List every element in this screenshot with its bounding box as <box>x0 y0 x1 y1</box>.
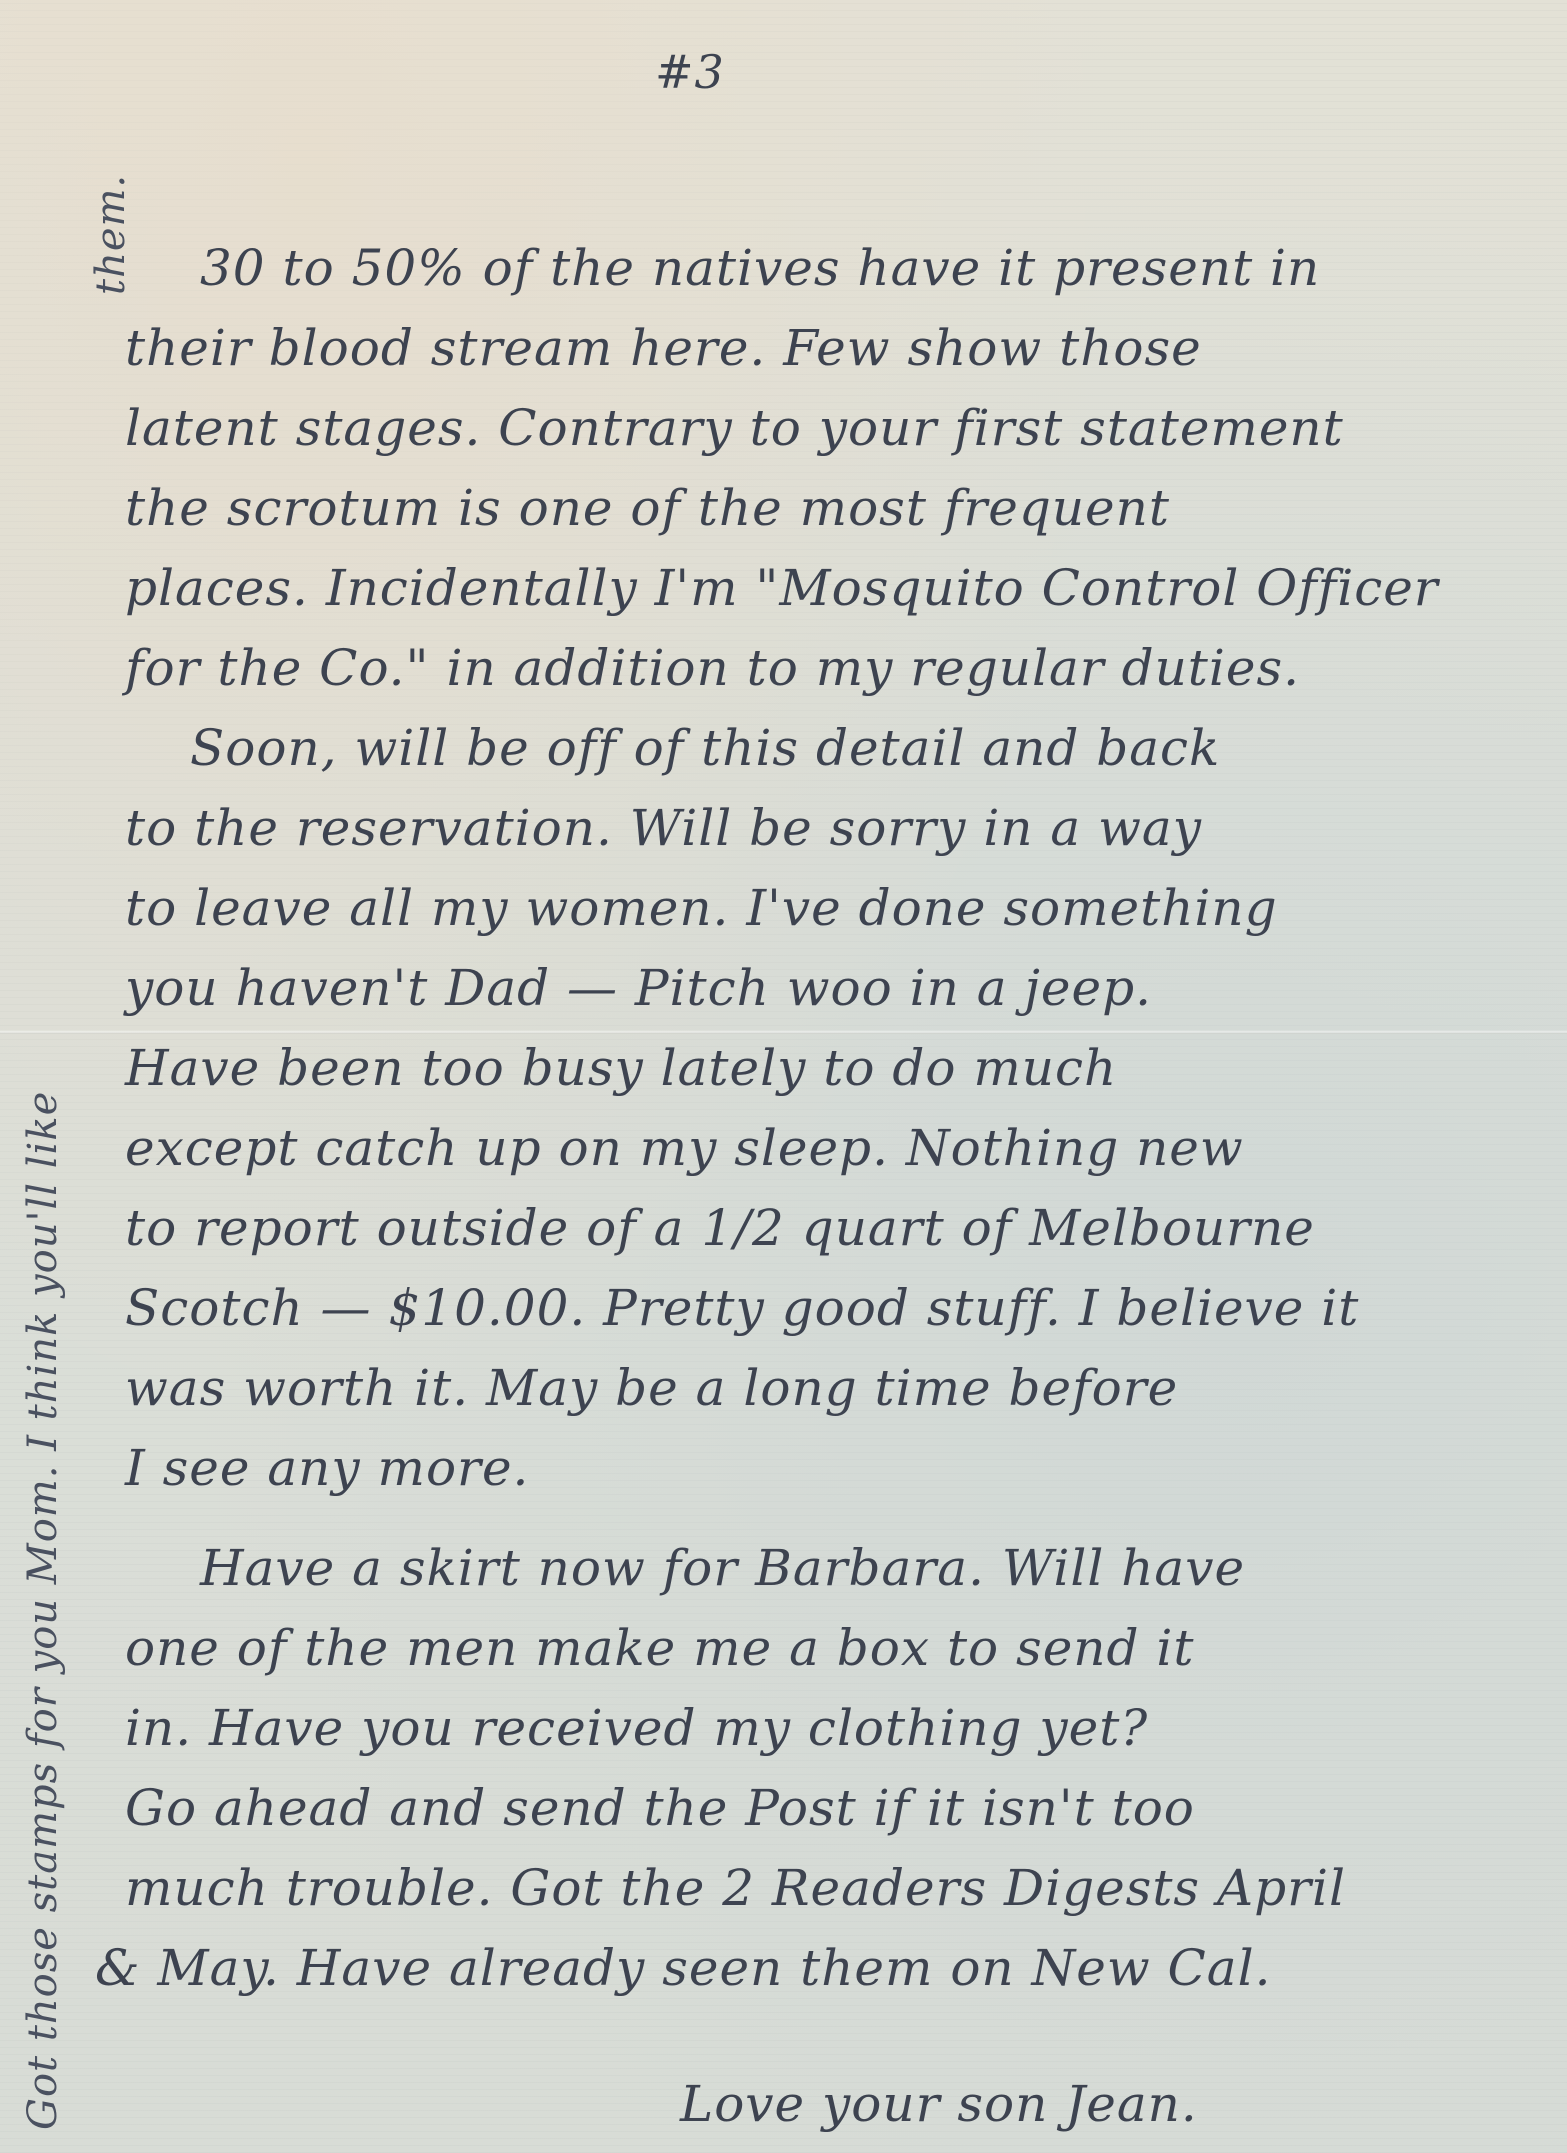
letter-line: & May. Have already seen them on New Cal… <box>95 1928 1565 2008</box>
letter-line: was worth it. May be a long time before <box>125 1348 1565 1428</box>
letter-line: I see any more. <box>125 1428 1565 1508</box>
letter-line: Scotch — $10.00. Pretty good stuff. I be… <box>125 1268 1565 1348</box>
margin-note: Got those stamps for you Mom. I think yo… <box>20 1091 66 2130</box>
letter-page: #3 Got those stamps for you Mom. I think… <box>0 0 1567 2153</box>
letter-line: you haven't Dad — Pitch woo in a jeep. <box>125 948 1565 1028</box>
letter-line: Have a skirt now for Barbara. Will have <box>125 1528 1565 1608</box>
letter-line: to leave all my women. I've done somethi… <box>125 868 1565 948</box>
letter-line: except catch up on my sleep. Nothing new <box>125 1108 1565 1188</box>
letter-line: 30 to 50% of the natives have it present… <box>125 228 1565 308</box>
paragraph-gap <box>125 1508 1565 1528</box>
letter-line: Go ahead and send the Post if it isn't t… <box>125 1768 1565 1848</box>
letter-line: Soon, will be off of this detail and bac… <box>125 708 1565 788</box>
letter-body: 30 to 50% of the natives have it present… <box>125 228 1565 2008</box>
letter-line: their blood stream here. Few show those <box>125 308 1565 388</box>
letter-line: latent stages. Contrary to your first st… <box>125 388 1565 468</box>
letter-line: for the Co." in addition to my regular d… <box>125 628 1565 708</box>
letter-line: places. Incidentally I'm "Mosquito Contr… <box>125 548 1565 628</box>
letter-line: much trouble. Got the 2 Readers Digests … <box>125 1848 1565 1928</box>
page-number: #3 <box>655 45 725 99</box>
letter-line: to the reservation. Will be sorry in a w… <box>125 788 1565 868</box>
letter-line: one of the men make me a box to send it <box>125 1608 1565 1688</box>
letter-line: in. Have you received my clothing yet? <box>125 1688 1565 1768</box>
letter-line: to report outside of a 1/2 quart of Melb… <box>125 1188 1565 1268</box>
letter-line: the scrotum is one of the most frequent <box>125 468 1565 548</box>
letter-line: Have been too busy lately to do much <box>125 1028 1565 1108</box>
signature: Love your son Jean. <box>680 2075 1198 2133</box>
